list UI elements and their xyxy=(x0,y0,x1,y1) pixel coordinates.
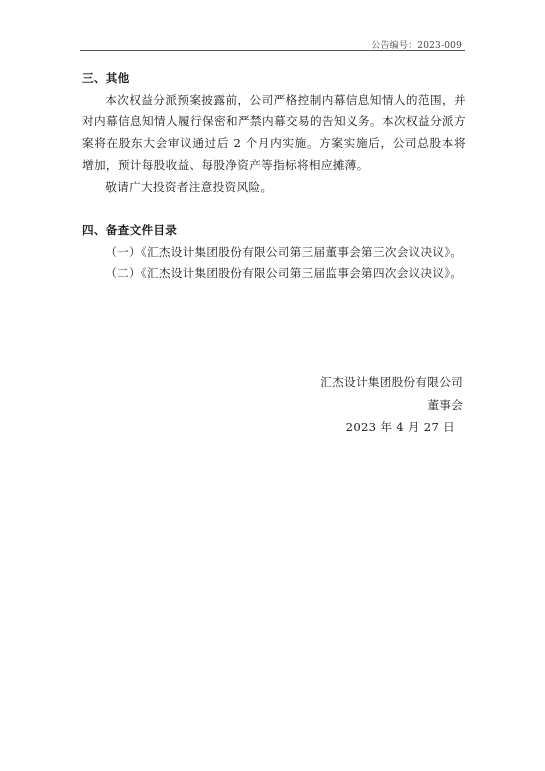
signature-block: 汇杰设计集团股份有限公司 董事会 2023 年 4 月 27 日 xyxy=(320,371,463,439)
paragraph-insider-info: 本次权益分派预案披露前，公司严格控制内幕信息知情人的范围，并对内幕信息知情人履行… xyxy=(82,90,466,177)
section-heading-reference-documents: 四、备查文件目录 xyxy=(82,220,466,242)
signature-date: 2023 年 4 月 27 日 xyxy=(320,416,463,439)
header-divider xyxy=(80,50,465,51)
spacer xyxy=(82,198,466,220)
document-page: 公告编号：2023-009 三、其他 本次权益分派预案披露前，公司严格控制内幕信… xyxy=(0,0,545,771)
reference-document-item: （二）《汇杰设计集团股份有限公司第三届监事会第四次会议决议》。 xyxy=(82,263,466,285)
document-body: 三、其他 本次权益分派预案披露前，公司严格控制内幕信息知情人的范围，并对内幕信息… xyxy=(82,68,466,285)
paragraph-risk-warning: 敬请广大投资者注意投资风险。 xyxy=(82,177,466,199)
signature-company: 汇杰设计集团股份有限公司 xyxy=(320,371,463,394)
signature-board: 董事会 xyxy=(320,394,463,417)
reference-document-item: （一）《汇杰设计集团股份有限公司第三届董事会第三次会议决议》。 xyxy=(82,242,466,264)
section-heading-other: 三、其他 xyxy=(82,68,466,90)
